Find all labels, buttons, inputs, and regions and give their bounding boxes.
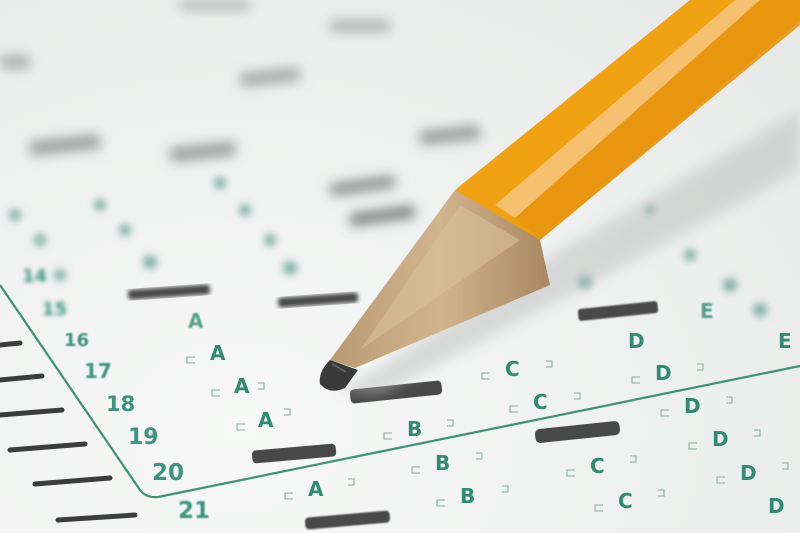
bubble-19-b[interactable]: B bbox=[407, 417, 422, 441]
question-numbers: 14 15 16 17 18 19 20 21 bbox=[22, 266, 210, 524]
bubble-17-d[interactable]: D bbox=[655, 361, 672, 385]
bubble-18-d[interactable]: D bbox=[684, 394, 701, 418]
bubble-20-c[interactable]: C bbox=[590, 454, 605, 478]
bubble-16-d[interactable]: D bbox=[628, 329, 645, 353]
bubble-20-b[interactable]: B bbox=[435, 451, 450, 475]
bubble-17-c[interactable]: C bbox=[505, 357, 520, 381]
blurred-background-marks bbox=[0, 0, 481, 226]
bubble-17-e[interactable]: E bbox=[700, 299, 714, 323]
bubble-21-a[interactable]: A bbox=[308, 477, 324, 501]
bubble-21-b[interactable]: B bbox=[460, 484, 475, 508]
photo-scene: 14 15 16 17 18 19 20 21 A A A A B B A bbox=[0, 0, 800, 533]
bubble-16-e[interactable]: E bbox=[778, 329, 792, 353]
bubble-19-a[interactable]: A bbox=[258, 408, 274, 432]
timing-marks bbox=[0, 343, 135, 520]
question-number-16: 16 bbox=[64, 330, 89, 351]
bubble-18-a[interactable]: A bbox=[234, 374, 250, 398]
question-number-17: 17 bbox=[84, 359, 112, 383]
question-number-14: 14 bbox=[22, 266, 47, 287]
answer-sheet-photo: 14 15 16 17 18 19 20 21 A A A A B B A bbox=[0, 0, 800, 533]
question-number-15: 15 bbox=[42, 299, 67, 320]
bubble-brackets bbox=[187, 357, 788, 511]
bubble-20-d[interactable]: D bbox=[740, 461, 757, 485]
bubble-21-c[interactable]: C bbox=[618, 489, 633, 513]
question-number-18: 18 bbox=[106, 392, 135, 416]
question-number-20: 20 bbox=[152, 460, 184, 486]
bubble-16-a[interactable]: A bbox=[188, 309, 204, 333]
bubble-17-a[interactable]: A bbox=[210, 341, 226, 365]
question-number-21: 21 bbox=[178, 498, 210, 524]
bubble-21-d[interactable]: D bbox=[768, 494, 785, 518]
bubble-18-c[interactable]: C bbox=[533, 390, 548, 414]
question-number-19: 19 bbox=[128, 425, 159, 450]
bubble-19-d[interactable]: D bbox=[712, 427, 729, 451]
